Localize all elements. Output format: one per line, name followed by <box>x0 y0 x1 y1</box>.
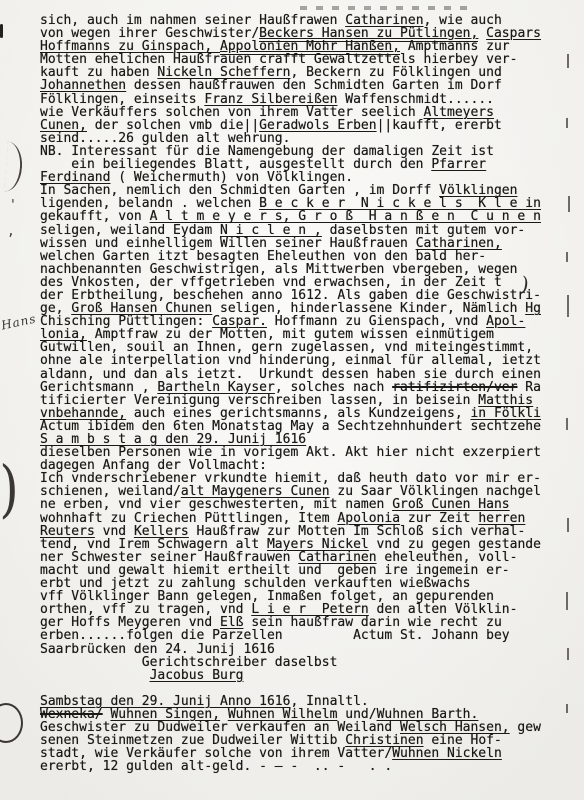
scan-artifact-dash <box>567 54 569 68</box>
scan-artifact-dash <box>568 196 570 212</box>
handwritten-curve-mark <box>4 142 23 193</box>
handwritten-paren-mark: ) <box>0 458 19 520</box>
scan-smudge-mark <box>300 6 470 10</box>
document-text-block: sich, auch im nahmen seiner Haußfrawen C… <box>40 14 584 773</box>
scan-artifact-dash <box>566 118 568 128</box>
handwritten-loop-mark <box>0 703 23 743</box>
scan-artifact-dash <box>567 648 569 660</box>
scan-artifact-dash <box>567 518 569 532</box>
handwritten-comma-mark: , <box>7 224 15 239</box>
scan-artifact-dash <box>566 418 568 430</box>
scan-artifact-dash <box>566 592 568 610</box>
text-line: ererbt, 12 gulden alt-geld. - — - .. - .… <box>40 760 584 773</box>
scan-edge-tick-mark <box>0 24 3 38</box>
scan-artifact-dash <box>567 295 569 317</box>
scan-artifact-dash <box>566 704 568 713</box>
scan-artifact-dash <box>566 252 568 262</box>
text-line: Jacobus Burg <box>40 669 584 682</box>
handwritten-margin-note: Hans <box>0 311 38 332</box>
handwritten-comma-mark: ' <box>9 198 17 213</box>
scanned-page: sich, auch im nahmen seiner Haußfrawen C… <box>0 0 584 800</box>
